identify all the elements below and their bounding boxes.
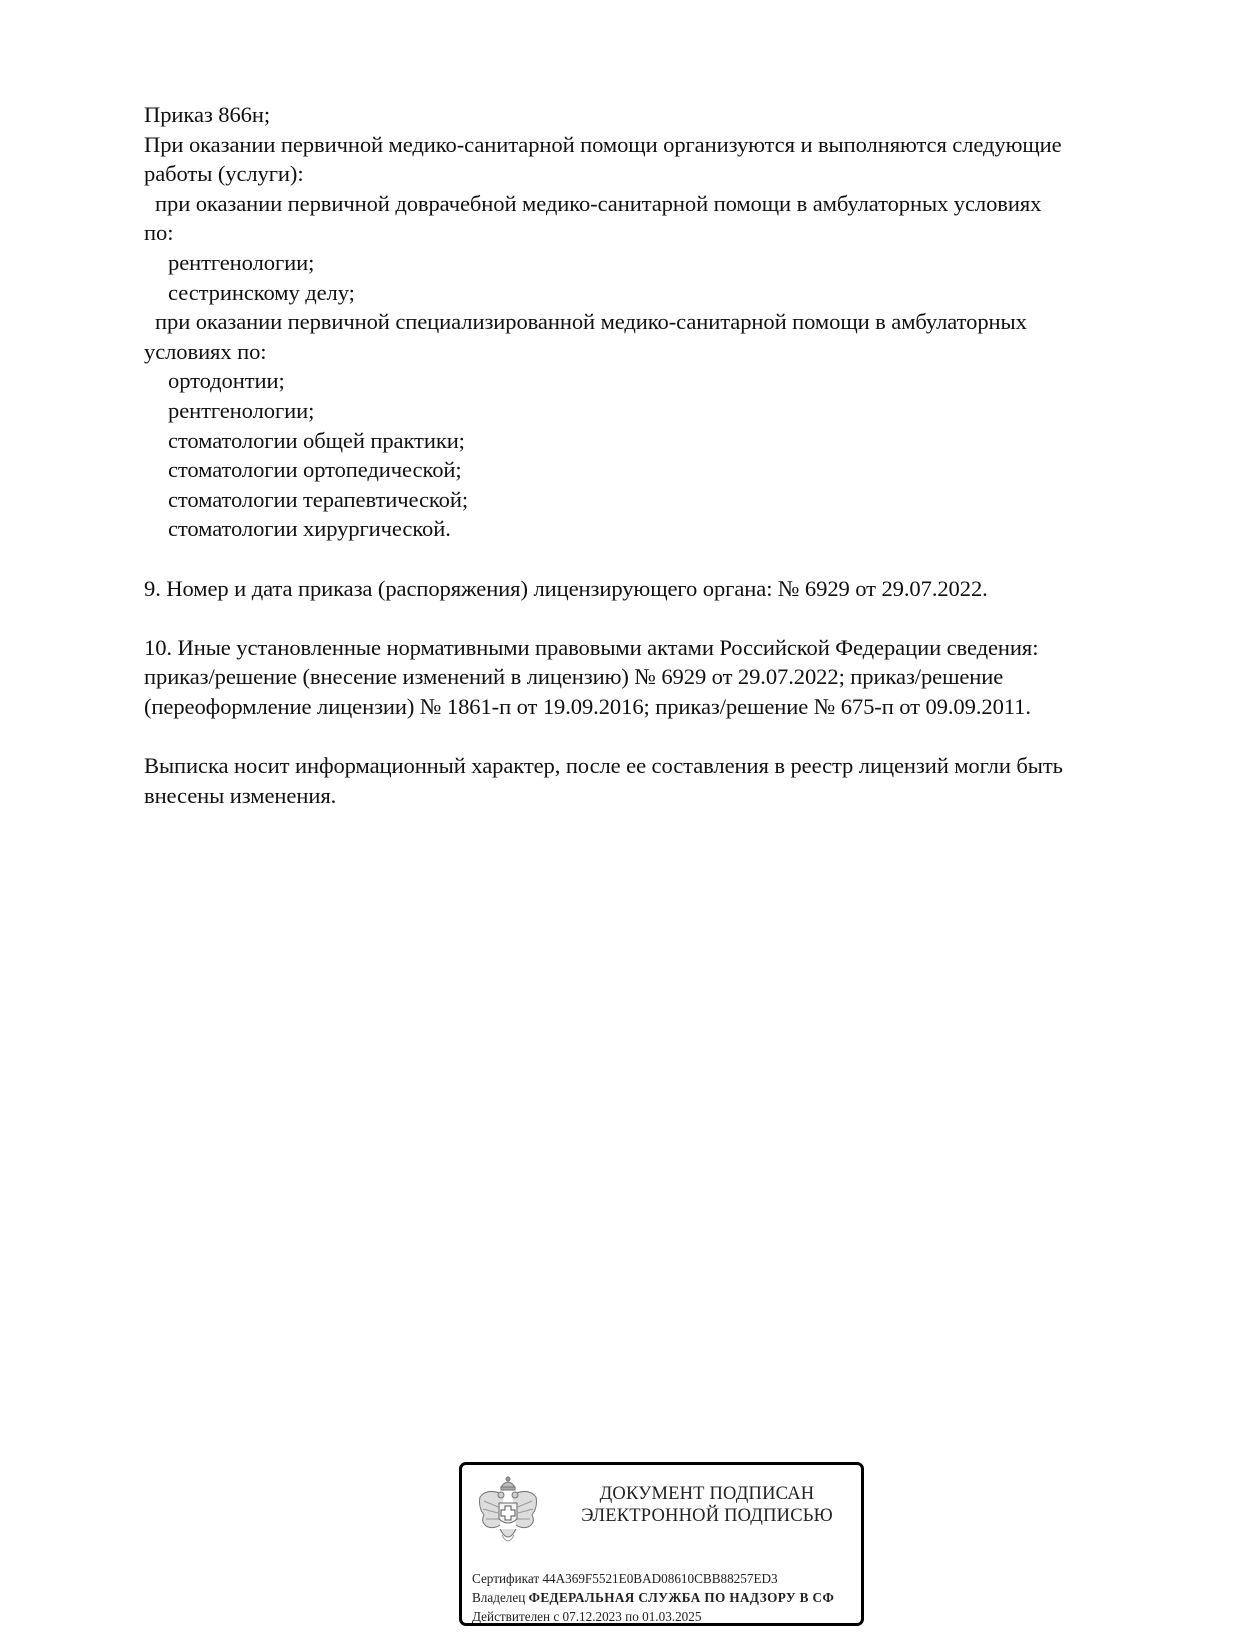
- stamp-title: ДОКУМЕНТ ПОДПИСАН ЭЛЕКТРОННОЙ ПОДПИСЬЮ: [557, 1483, 857, 1527]
- list-item: стоматологии общей практики;: [144, 426, 1164, 456]
- certificate-value: 44A369F5521E0BAD08610CBB88257ED3: [542, 1571, 777, 1586]
- text-line: 9. Номер и дата приказа (распоряжения) л…: [144, 574, 1164, 604]
- text-line: работы (услуги):: [144, 159, 1164, 189]
- text-line: по:: [144, 218, 1164, 248]
- paragraph-gap: [144, 721, 1164, 751]
- text-line: (переоформление лицензии) № 1861-п от 19…: [144, 692, 1164, 722]
- text-line: при оказании первичной специализированно…: [144, 307, 1164, 337]
- validity-label: Действителен: [472, 1609, 550, 1624]
- paragraph-gap: [144, 544, 1164, 574]
- paragraph-gap: [144, 603, 1164, 633]
- text-line: 10. Иные установленные нормативными прав…: [144, 633, 1164, 663]
- validity-row: Действителен с 07.12.2023 по 01.03.2025: [472, 1607, 834, 1626]
- list-item: ортодонтии;: [144, 366, 1164, 396]
- coat-of-arms-icon: [474, 1473, 542, 1553]
- text-line: Выписка носит информационный характер, п…: [144, 751, 1164, 781]
- list-item: стоматологии хирургической.: [144, 514, 1164, 544]
- validity-value: с 07.12.2023 по 01.03.2025: [553, 1609, 701, 1624]
- list-item: стоматологии терапевтической;: [144, 485, 1164, 515]
- list-item: рентгенологии;: [144, 396, 1164, 426]
- list-item: сестринскому делу;: [144, 278, 1164, 308]
- list-item: стоматологии ортопедической;: [144, 455, 1164, 485]
- owner-row: Владелец ФЕДЕРАЛЬНАЯ СЛУЖБА ПО НАДЗОРУ В…: [472, 1588, 834, 1607]
- text-line: При оказании первичной медико-санитарной…: [144, 130, 1164, 160]
- owner-label: Владелец: [472, 1590, 525, 1605]
- electronic-signature-stamp: ДОКУМЕНТ ПОДПИСАН ЭЛЕКТРОННОЙ ПОДПИСЬЮ С…: [459, 1462, 864, 1626]
- stamp-title-line1: ДОКУМЕНТ ПОДПИСАН: [557, 1483, 857, 1505]
- stamp-title-line2: ЭЛЕКТРОННОЙ ПОДПИСЬЮ: [557, 1505, 857, 1527]
- owner-value: ФЕДЕРАЛЬНАЯ СЛУЖБА ПО НАДЗОРУ В СФ: [529, 1590, 835, 1605]
- text-line: условиях по:: [144, 337, 1164, 367]
- list-item: рентгенологии;: [144, 248, 1164, 278]
- text-line: при оказании первичной доврачебной медик…: [144, 189, 1164, 219]
- stamp-info: Сертификат 44A369F5521E0BAD08610CBB88257…: [472, 1569, 834, 1626]
- certificate-row: Сертификат 44A369F5521E0BAD08610CBB88257…: [472, 1569, 834, 1588]
- document-body: Приказ 866н;При оказании первичной медик…: [144, 100, 1164, 810]
- text-line: приказ/решение (внесение изменений в лиц…: [144, 662, 1164, 692]
- certificate-label: Сертификат: [472, 1571, 539, 1586]
- text-line: внесены изменения.: [144, 781, 1164, 811]
- text-line: Приказ 866н;: [144, 100, 1164, 130]
